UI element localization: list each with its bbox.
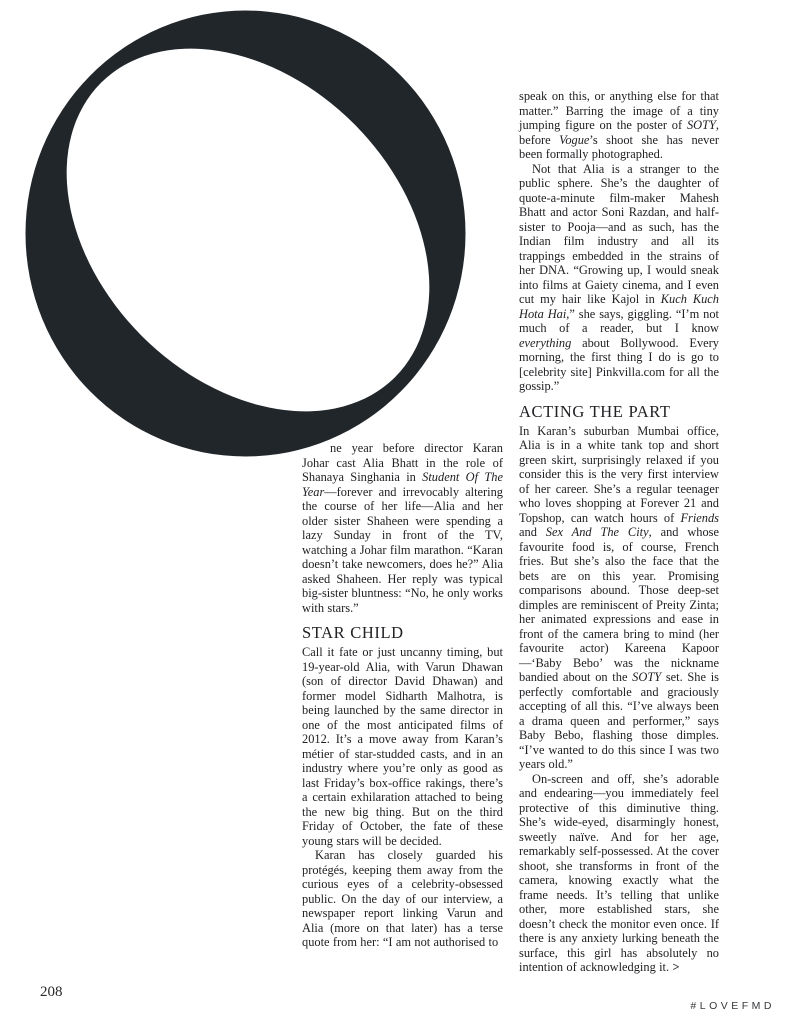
dropcap-letter-o xyxy=(26,11,466,457)
article-column-right: speak on this, or anything else for that… xyxy=(519,89,719,975)
magazine-page: ne year before director Karan Johar cast… xyxy=(0,0,800,1033)
article-column-left: ne year before director Karan Johar cast… xyxy=(302,441,503,950)
paragraph-public-sphere: Not that Alia is a stranger to the publi… xyxy=(519,162,719,394)
paragraph-intro: ne year before director Karan Johar cast… xyxy=(302,441,503,615)
paragraph-acting-2: On-screen and off, she’s adorable and en… xyxy=(519,772,719,975)
page-number: 208 xyxy=(40,984,63,1001)
paragraph-continuation: speak on this, or anything else for that… xyxy=(519,89,719,162)
paragraph-star-child-1: Call it fate or just uncanny timing, but… xyxy=(302,645,503,848)
paragraph-acting-1: In Karan’s suburban Mumbai office, Alia … xyxy=(519,424,719,772)
paragraph-star-child-2: Karan has closely guarded his protégés, … xyxy=(302,848,503,950)
dropcap-o-graphic xyxy=(25,10,466,458)
section-heading-acting-the-part: ACTING THE PART xyxy=(519,402,719,421)
brand-hashtag: #LOVEFMD xyxy=(690,1000,775,1012)
section-heading-star-child: STAR CHILD xyxy=(302,623,503,642)
